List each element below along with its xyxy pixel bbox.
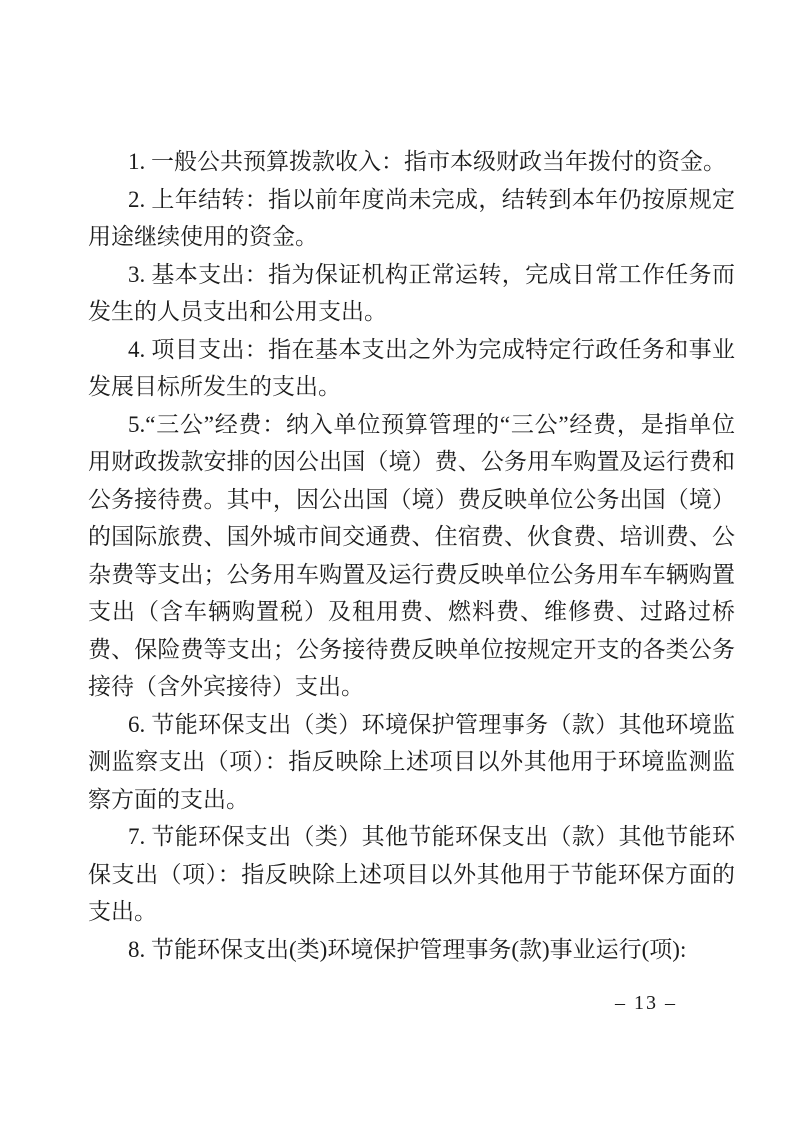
paragraph-5: 5.“三公”经费：纳入单位预算管理的“三公”经费，是指单位用财政拨款安排的因公出… — [88, 406, 735, 706]
page-background: 1. 一般公共预算拨款收入：指市本级财政当年拨付的资金。 2. 上年结转：指以前… — [0, 0, 793, 1122]
paragraph-1: 1. 一般公共预算拨款收入：指市本级财政当年拨付的资金。 — [88, 143, 735, 181]
paragraph-3: 3. 基本支出：指为保证机构正常运转，完成日常工作任务而发生的人员支出和公用支出… — [88, 256, 735, 331]
paragraph-6: 6. 节能环保支出（类）环境保护管理事务（款）其他环境监测监察支出（项）：指反映… — [88, 706, 735, 819]
paragraph-8: 8. 节能环保支出(类)环境保护管理事务(款)事业运行(项): — [88, 931, 735, 969]
paragraph-2: 2. 上年结转：指以前年度尚未完成，结转到本年仍按原规定用途继续使用的资金。 — [88, 181, 735, 256]
document-page: { "page": { "background_color": "#ffffff… — [0, 0, 793, 1122]
paragraph-4: 4. 项目支出：指在基本支出之外为完成特定行政任务和事业发展目标所发生的支出。 — [88, 331, 735, 406]
paragraph-7: 7. 节能环保支出（类）其他节能环保支出（款）其他节能环保支出（项）：指反映除上… — [88, 818, 735, 931]
page-number: – 13 – — [606, 992, 686, 1015]
glossary-text-block: 1. 一般公共预算拨款收入：指市本级财政当年拨付的资金。 2. 上年结转：指以前… — [88, 143, 735, 968]
